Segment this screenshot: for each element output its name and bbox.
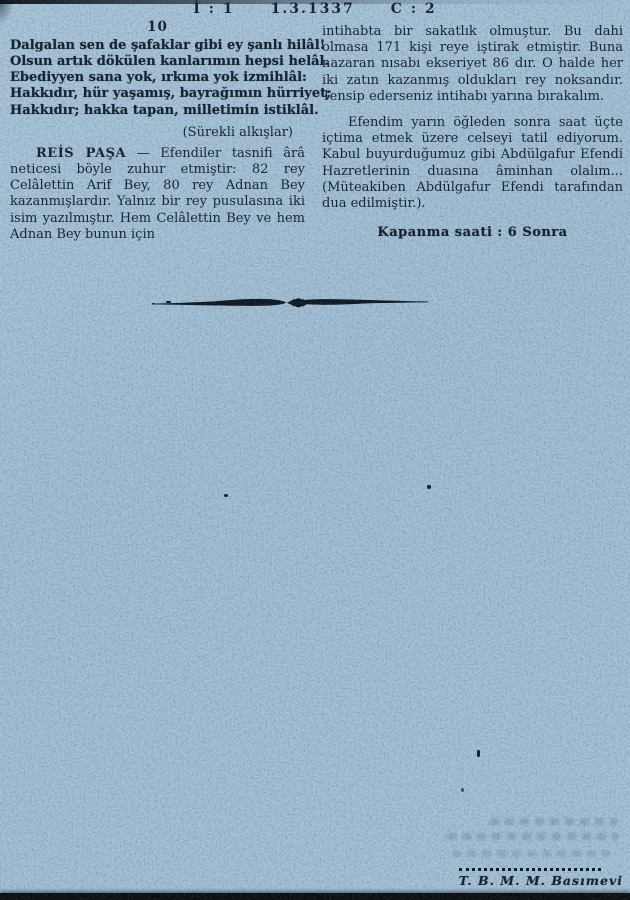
ink-speck bbox=[427, 485, 431, 489]
poem-line: Hakkıdır, hür yaşamış, bayrağımın hürriy… bbox=[10, 86, 305, 102]
bleed-through-line bbox=[490, 818, 618, 825]
scanned-document-page: İ : 1 1.3.1337 C : 2 10 Dalgalan sen de … bbox=[0, 0, 630, 900]
dotted-rule bbox=[459, 868, 601, 871]
poem-line: Dalgalan sen de şafaklar gibi ey şanlı h… bbox=[10, 38, 305, 54]
speech-paragraph: REİS PAŞA — Efendiler tasnifi ârâ netice… bbox=[10, 146, 305, 243]
session-number: İ : 1 bbox=[193, 1, 234, 17]
session-header: İ : 1 1.3.1337 C : 2 bbox=[0, 1, 630, 17]
bleed-through-line bbox=[452, 850, 610, 857]
printer-imprint: T. B. M. M. Basımevi bbox=[459, 868, 623, 888]
ink-speck bbox=[166, 301, 171, 303]
left-column: 10 Dalgalan sen de şafaklar gibi ey şanl… bbox=[10, 19, 305, 243]
ink-speck bbox=[477, 750, 480, 757]
scan-bottom-edge bbox=[0, 893, 630, 900]
divider-flourish-icon bbox=[152, 293, 430, 313]
anthem-poem: Dalgalan sen de şafaklar gibi ey şanlı h… bbox=[10, 38, 305, 118]
stage-direction: (Sürekli alkışlar) bbox=[10, 125, 305, 141]
speech-separator: — bbox=[137, 146, 150, 161]
ink-speck bbox=[461, 788, 464, 792]
page-number: 10 bbox=[10, 19, 305, 35]
ink-speck bbox=[224, 494, 228, 497]
session-chapter: C : 2 bbox=[391, 1, 437, 17]
poem-line: Hakkıdır; hakka tapan, milletimin istikl… bbox=[10, 103, 305, 119]
right-column: intihabta bir sakatlık olmuştur. Bu dahi… bbox=[322, 24, 623, 241]
continuation-paragraph: intihabta bir sakatlık olmuştur. Bu dahi… bbox=[322, 24, 623, 105]
bleed-through-line bbox=[447, 833, 619, 840]
closing-time-line: Kapanma saati : 6 Sonra bbox=[322, 225, 623, 241]
poem-line: Olsun artık dökülen kanlarımın hepsi hel… bbox=[10, 54, 305, 70]
speaker-name: REİS PAŞA bbox=[36, 146, 126, 161]
section-divider-ornament bbox=[152, 293, 430, 313]
closing-remarks-paragraph: Efendim yarın öğleden sonra saat üçte iç… bbox=[322, 115, 623, 212]
printer-name: T. B. M. M. Basımevi bbox=[459, 873, 623, 888]
poem-line: Ebediyyen sana yok, ırkıma yok izmihlâl: bbox=[10, 70, 305, 86]
session-date: 1.3.1337 bbox=[271, 1, 355, 17]
